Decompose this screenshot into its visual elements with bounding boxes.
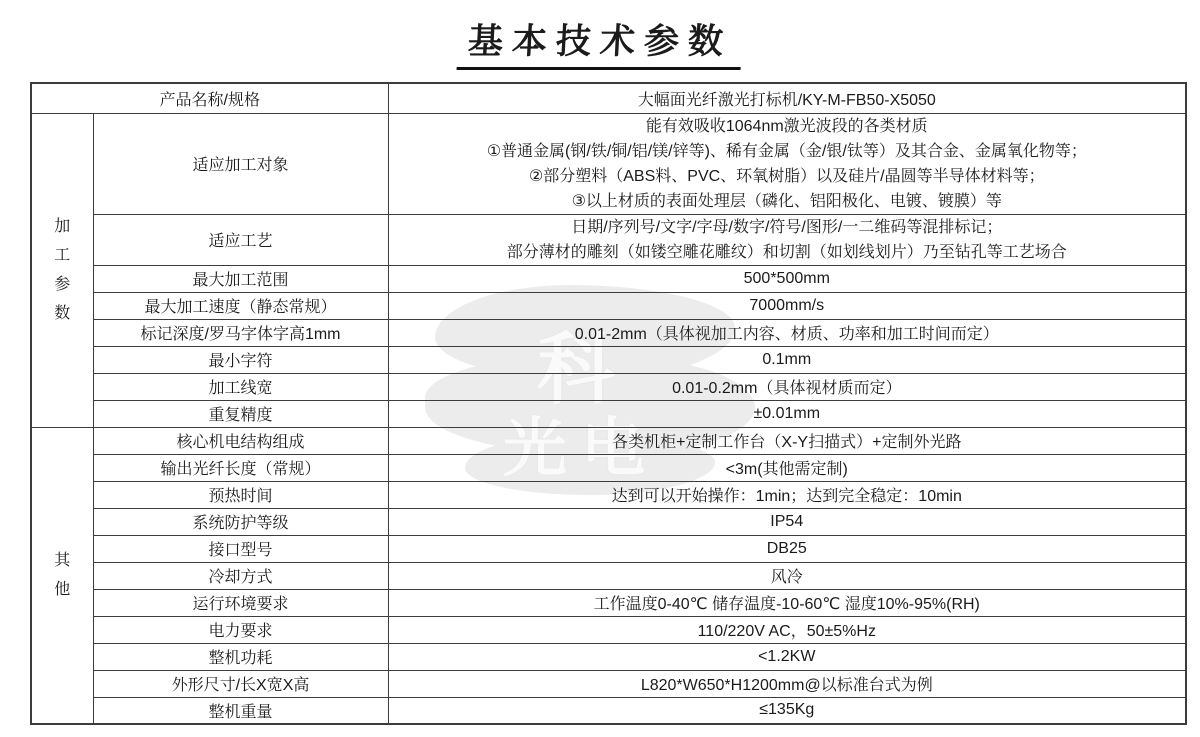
param-label: 整机重量 <box>93 697 388 724</box>
param-value: 能有效吸收1064nm激光波段的各类材质 ①普通金属(钢/铁/铜/铝/镁/锌等)… <box>388 113 1186 214</box>
param-label: 最大加工范围 <box>93 265 388 292</box>
param-value: <1.2KW <box>388 643 1186 670</box>
spec-table: 产品名称/规格大幅面光纤激光打标机/KY-M-FB50-X5050加 工 参 数… <box>30 82 1187 725</box>
param-value: 风冷 <box>388 562 1186 589</box>
param-label: 核心机电结构组成 <box>93 427 388 454</box>
spec-row: 加工线宽0.01-0.2mm（具体视材质而定） <box>31 373 1186 400</box>
spec-row: 接口型号DB25 <box>31 535 1186 562</box>
spec-row: 电力要求110/220V AC，50±5%Hz <box>31 616 1186 643</box>
title-bar: 基本技术参数 <box>0 14 1200 70</box>
param-value: 110/220V AC，50±5%Hz <box>388 616 1186 643</box>
spec-row: 适应工艺日期/序列号/文字/字母/数字/符号/图形/一二维码等混排标记； 部分薄… <box>31 214 1186 265</box>
param-label: 标记深度/罗马字体字高1mm <box>93 319 388 346</box>
spec-row: 系统防护等级IP54 <box>31 508 1186 535</box>
spec-row: 重复精度±0.01mm <box>31 400 1186 427</box>
param-value: 日期/序列号/文字/字母/数字/符号/图形/一二维码等混排标记； 部分薄材的雕刻… <box>388 214 1186 265</box>
spec-table-body: 产品名称/规格大幅面光纤激光打标机/KY-M-FB50-X5050加 工 参 数… <box>31 83 1186 724</box>
param-value: <3m(其他需定制) <box>388 454 1186 481</box>
param-value: 7000mm/s <box>388 292 1186 319</box>
spec-row: 预热时间达到可以开始操作：1min；达到完全稳定：10min <box>31 481 1186 508</box>
product-label: 产品名称/规格 <box>31 83 388 113</box>
param-label: 最小字符 <box>93 346 388 373</box>
group-label: 其 他 <box>31 427 93 724</box>
param-label: 外形尺寸/长X宽X高 <box>93 670 388 697</box>
param-value: 工作温度0-40℃ 储存温度-10-60℃ 湿度10%-95%(RH) <box>388 589 1186 616</box>
param-value: 500*500mm <box>388 265 1186 292</box>
spec-row: 外形尺寸/长X宽X高L820*W650*H1200mm@以标准台式为例 <box>31 670 1186 697</box>
param-value: ±0.01mm <box>388 400 1186 427</box>
spec-row: 输出光纤长度（常规）<3m(其他需定制) <box>31 454 1186 481</box>
spec-row: 运行环境要求工作温度0-40℃ 储存温度-10-60℃ 湿度10%-95%(RH… <box>31 589 1186 616</box>
param-label: 输出光纤长度（常规） <box>93 454 388 481</box>
param-value: L820*W650*H1200mm@以标准台式为例 <box>388 670 1186 697</box>
spec-row: 标记深度/罗马字体字高1mm0.01-2mm（具体视加工内容、材质、功率和加工时… <box>31 319 1186 346</box>
param-label: 电力要求 <box>93 616 388 643</box>
param-label: 适应加工对象 <box>93 113 388 214</box>
param-label: 重复精度 <box>93 400 388 427</box>
param-value: IP54 <box>388 508 1186 535</box>
param-value: 各类机柜+定制工作台（X-Y扫描式）+定制外光路 <box>388 427 1186 454</box>
param-value: 0.01-0.2mm（具体视材质而定） <box>388 373 1186 400</box>
spec-row: 整机重量≤135Kg <box>31 697 1186 724</box>
param-label: 整机功耗 <box>93 643 388 670</box>
spec-row: 其 他核心机电结构组成各类机柜+定制工作台（X-Y扫描式）+定制外光路 <box>31 427 1186 454</box>
product-value: 大幅面光纤激光打标机/KY-M-FB50-X5050 <box>388 83 1186 113</box>
page-title: 基本技术参数 <box>457 14 744 70</box>
param-label: 冷却方式 <box>93 562 388 589</box>
group-label: 加 工 参 数 <box>31 113 93 427</box>
param-label: 适应工艺 <box>93 214 388 265</box>
param-label: 最大加工速度（静态常规） <box>93 292 388 319</box>
param-value: 0.01-2mm（具体视加工内容、材质、功率和加工时间而定） <box>388 319 1186 346</box>
product-row: 产品名称/规格大幅面光纤激光打标机/KY-M-FB50-X5050 <box>31 83 1186 113</box>
param-label: 加工线宽 <box>93 373 388 400</box>
param-label: 预热时间 <box>93 481 388 508</box>
spec-row: 整机功耗<1.2KW <box>31 643 1186 670</box>
param-label: 运行环境要求 <box>93 589 388 616</box>
spec-table-container: 产品名称/规格大幅面光纤激光打标机/KY-M-FB50-X5050加 工 参 数… <box>30 82 1187 725</box>
spec-row: 冷却方式风冷 <box>31 562 1186 589</box>
spec-row: 最大加工范围500*500mm <box>31 265 1186 292</box>
param-value: 达到可以开始操作：1min；达到完全稳定：10min <box>388 481 1186 508</box>
param-value: DB25 <box>388 535 1186 562</box>
param-value: 0.1mm <box>388 346 1186 373</box>
param-value: ≤135Kg <box>388 697 1186 724</box>
spec-row: 最大加工速度（静态常规）7000mm/s <box>31 292 1186 319</box>
param-label: 系统防护等级 <box>93 508 388 535</box>
spec-row: 加 工 参 数适应加工对象能有效吸收1064nm激光波段的各类材质 ①普通金属(… <box>31 113 1186 214</box>
param-label: 接口型号 <box>93 535 388 562</box>
spec-row: 最小字符0.1mm <box>31 346 1186 373</box>
